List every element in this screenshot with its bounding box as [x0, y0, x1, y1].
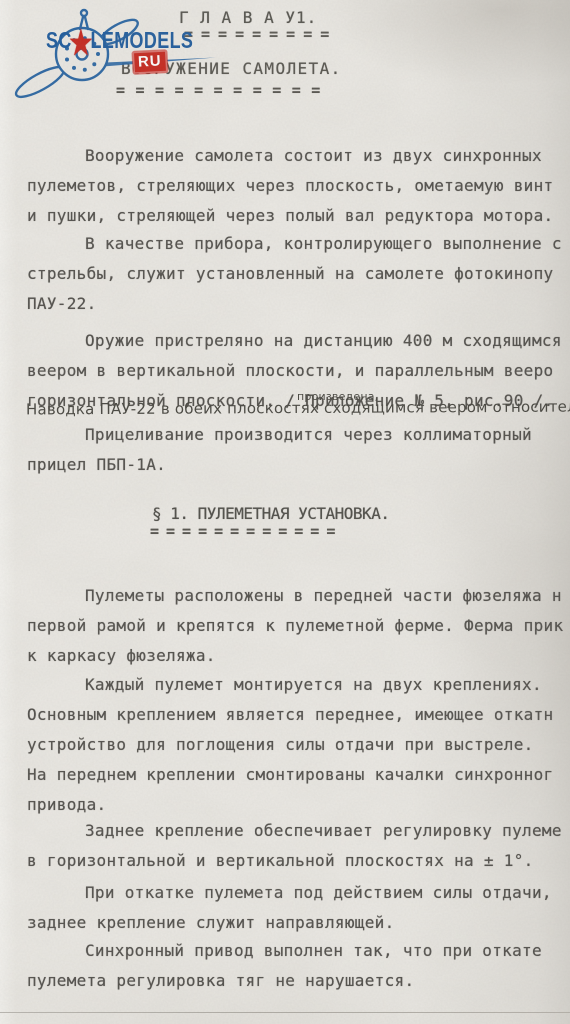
text-line: Каждый пулемет монтируется на двух крепл… [27, 670, 570, 700]
red-star-icon: ★ [69, 31, 92, 54]
text-line: При откатке пулемета под действием силы … [27, 878, 570, 908]
text-line: к каркасу фюзеляжа. [27, 641, 570, 671]
text-line: Пулеметы расположены в передней части фю… [27, 581, 570, 611]
scan-edge-rule [0, 1012, 570, 1013]
paragraph: В качестве прибора, контролирующего выпо… [27, 229, 570, 319]
brand-prefix: SC [46, 27, 72, 53]
paragraph: Пулеметы расположены в передней части фю… [27, 581, 570, 671]
ru-domain-badge: RU [132, 50, 167, 74]
section-underline: ============ [150, 522, 342, 540]
paragraph: При откатке пулемета под действием силы … [27, 878, 570, 938]
text-line: Вооружение самолета состоит из двух синх… [27, 141, 570, 171]
paragraph: Прицеливание производится через коллимат… [27, 420, 570, 480]
text-line: стрельбы, служит установленный на самоле… [27, 259, 570, 289]
paragraph: Каждый пулемет монтируется на двух крепл… [27, 670, 570, 820]
brand-wordmark: SC★LEMODELS [46, 27, 193, 54]
document-page: SC★LEMODELS RU Г Л А В А У1. ========= В… [0, 0, 570, 1024]
text-line: Основным креплением является переднее, и… [27, 700, 570, 730]
paragraph: Заднее крепление обеспечивает регулировк… [27, 816, 570, 876]
text-line: Прицеливание производится через коллимат… [27, 420, 570, 450]
scalemodels-logo: SC★LEMODELS RU [0, 2, 224, 104]
paragraph: Вооружение самолета состоит из двух синх… [27, 141, 570, 231]
text-line: устройство для поглощения силы отдачи пр… [27, 730, 570, 760]
text-line: заднее крепление служит направляющей. [27, 908, 570, 938]
text-line: пулемета регулировка тяг не нарушается. [27, 966, 570, 996]
section-heading: § 1. ПУЛЕМЕТНАЯ УСТАНОВКА. [152, 504, 389, 523]
text-line: пулеметов, стреляющих через плоскость, о… [27, 171, 570, 201]
handwritten-insertion: произведена, [297, 390, 378, 403]
text-line: Заднее крепление обеспечивает регулировк… [27, 816, 570, 846]
text-line: ПАУ-22. [27, 289, 570, 319]
text-line: На переднем креплении смонтированы качал… [27, 760, 570, 790]
text-line: Синхронный привод выполнен так, что при … [27, 936, 570, 966]
text-line: и пушки, стреляющей через полый вал реду… [27, 201, 570, 231]
text-line: прицел ПБП-1А. [27, 450, 570, 480]
text-line: веером в вертикальной плоскости, и парал… [27, 356, 570, 386]
text-line: Оружие пристреляно на дистанцию 400 м сх… [27, 326, 570, 356]
text-line: В качестве прибора, контролирующего выпо… [27, 229, 570, 259]
brand-suffix: LEMODELS [90, 27, 193, 53]
paragraph: Синхронный привод выполнен так, что при … [27, 936, 570, 996]
text-line: первой рамой и крепятся к пулеметной фер… [27, 611, 570, 641]
text-line: в горизонтальной и вертикальной плоскост… [27, 846, 570, 876]
